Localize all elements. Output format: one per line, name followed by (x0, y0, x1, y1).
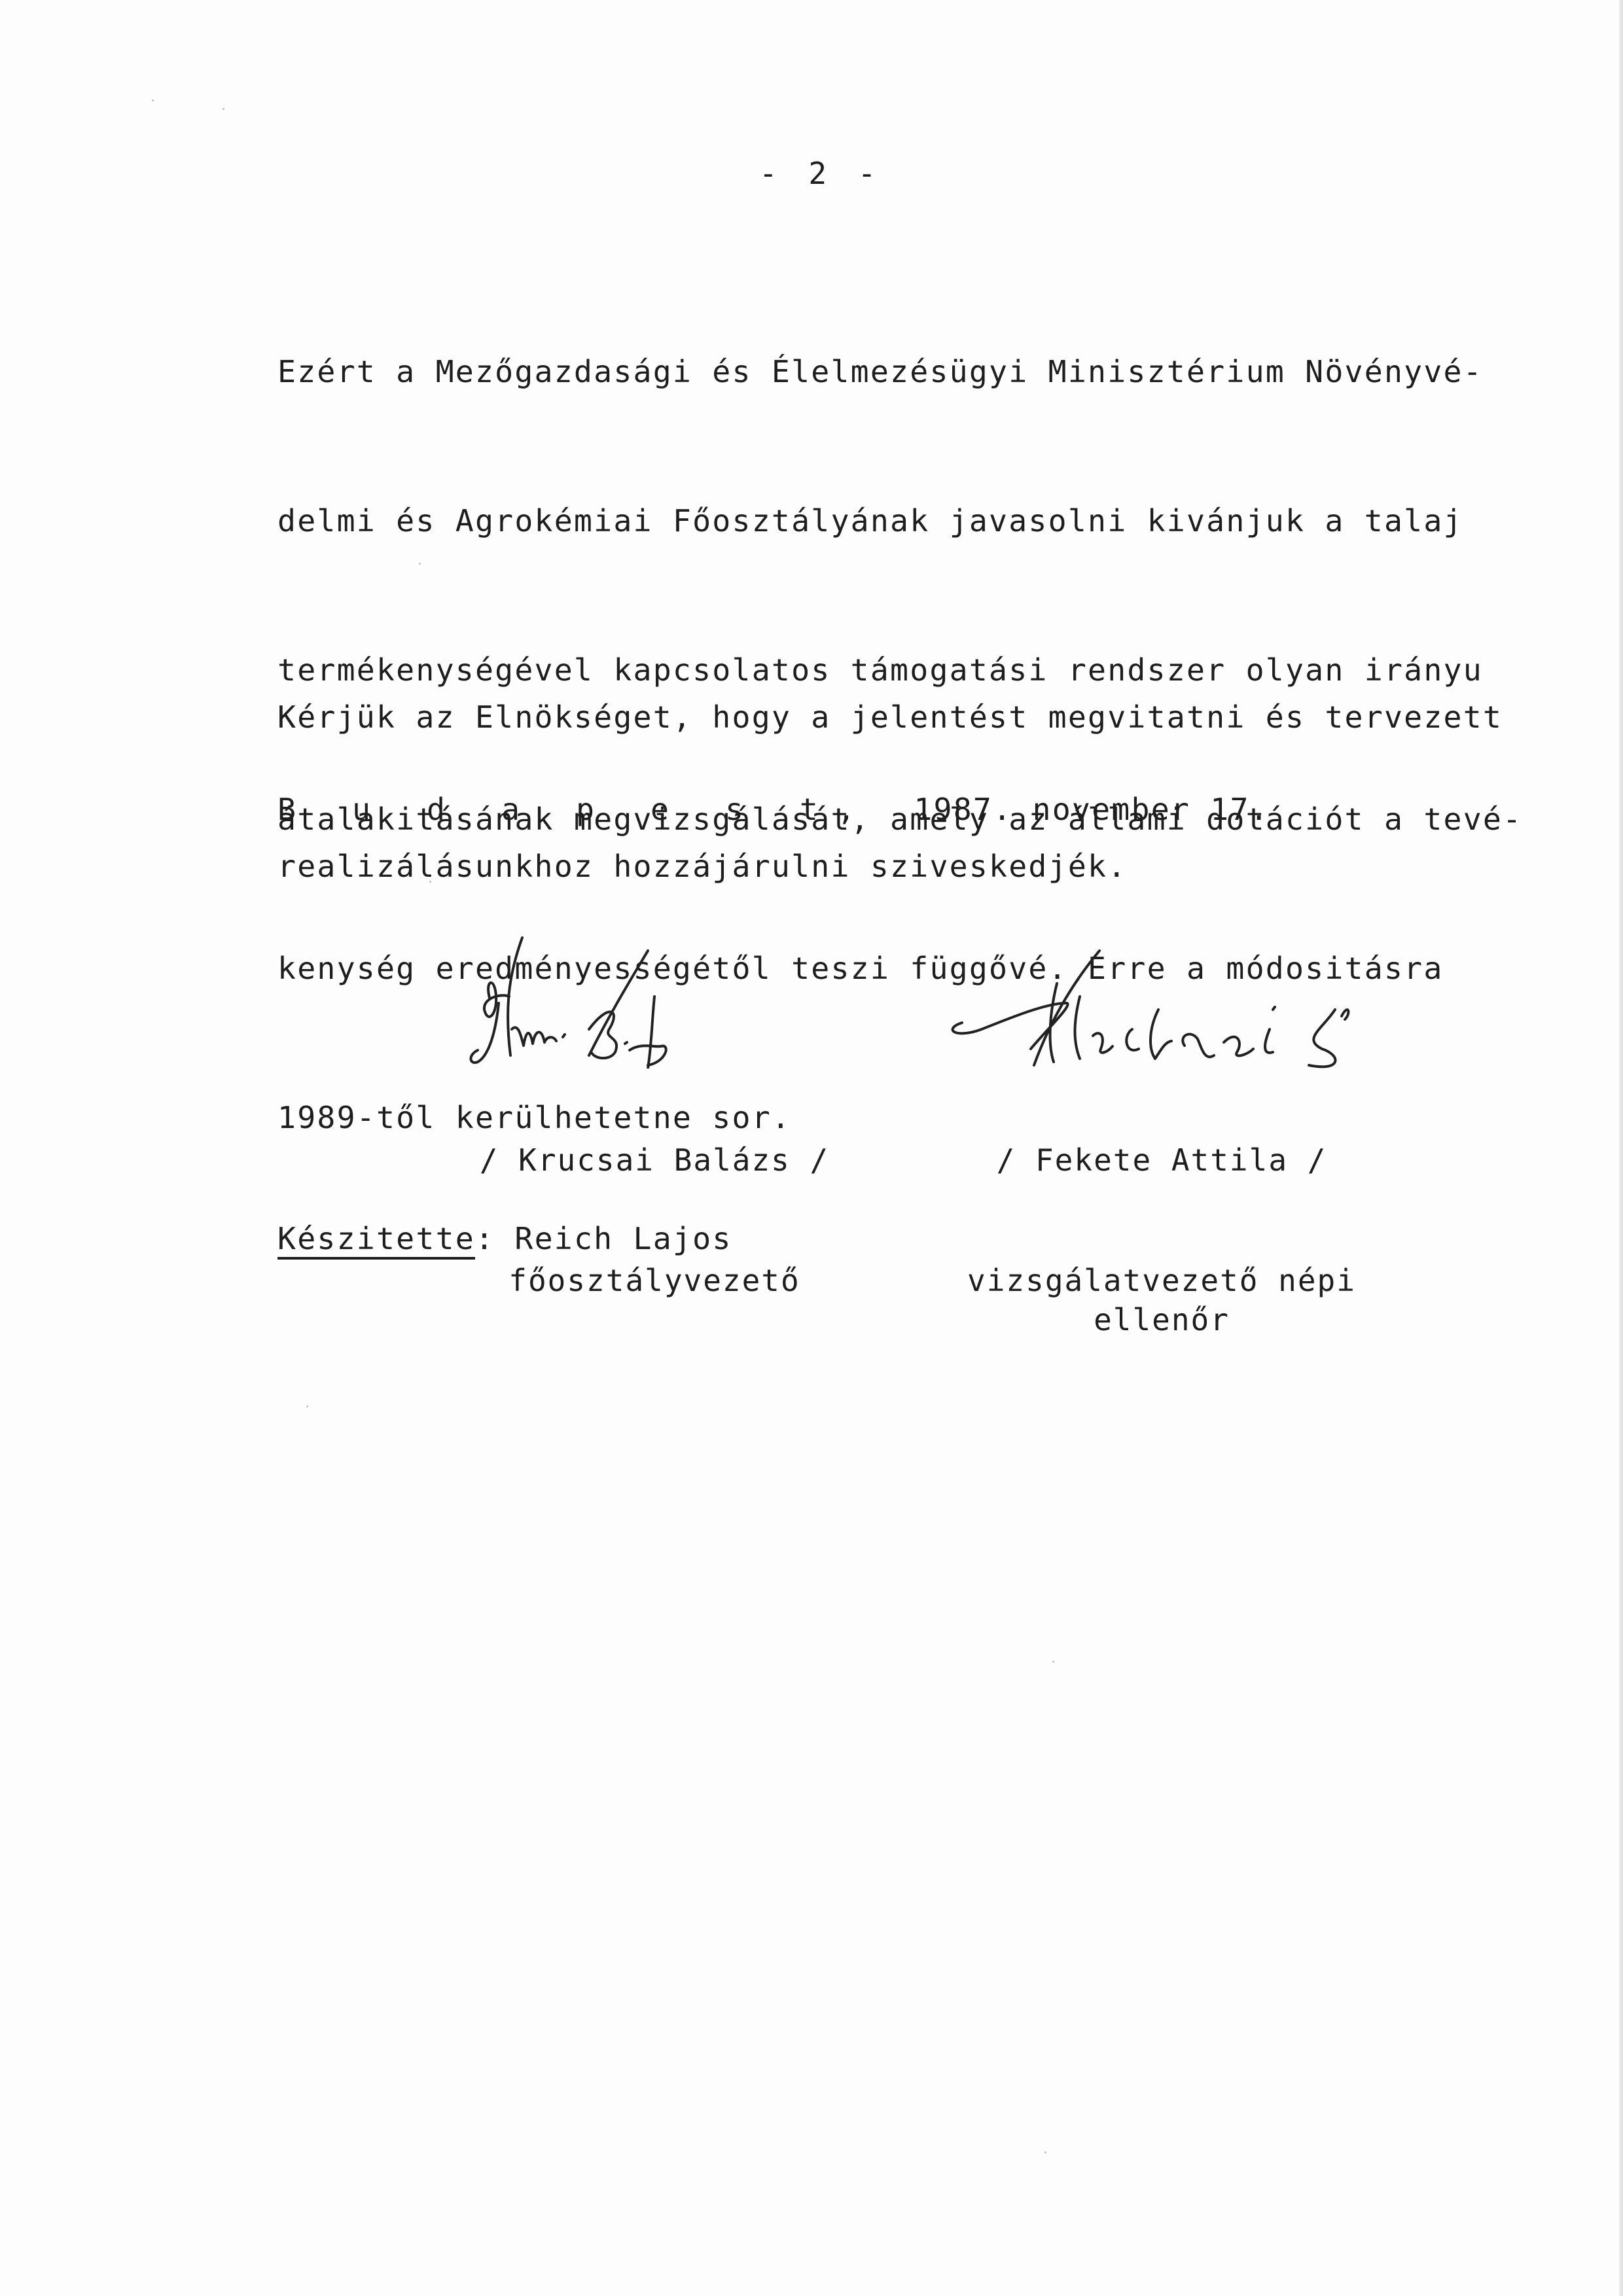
scan-speck (1052, 1661, 1054, 1663)
dateline: B u d a p e s t, 1987. november 17. (277, 792, 1270, 827)
text-line: Ezért a Mezőgazdasági és Élelmezésügyi M… (277, 347, 1522, 397)
page-edge-shadow (1619, 0, 1623, 2296)
signatory-title-line: ellenőr (1094, 1302, 1230, 1337)
scan-speck (1044, 2151, 1046, 2153)
signatory-name: / Fekete Attila / (916, 1139, 1407, 1181)
scan-speck (306, 1405, 308, 1407)
prepared-by-label: Készitette (277, 1221, 475, 1256)
document-page: - 2 - Ezért a Mezőgazdasági és Élelmezés… (0, 0, 1623, 2296)
signatory-title: főosztályvezető (458, 1261, 851, 1300)
page-number: - 2 - (759, 156, 882, 191)
prepared-by-name: Reich Lajos (495, 1221, 732, 1256)
scan-speck (223, 108, 224, 110)
signatory-right: / Fekete Attila / vizsgálatvezető népi e… (916, 860, 1407, 1410)
signatory-title: vizsgálatvezető népi ellenőr (916, 1261, 1407, 1339)
prepared-by-separator: : (475, 1221, 495, 1256)
text-line: Kérjük az Elnökséget, hogy a jelentést m… (277, 692, 1503, 742)
signature-icon (916, 931, 1407, 1069)
dateline-city: B u d a p e s t, (277, 792, 874, 827)
text-line: delmi és Agrokémiai Főosztályának javaso… (277, 496, 1522, 546)
signatory-left: / Krucsai Balázs / főosztályvezető (458, 860, 851, 1371)
signatory-title-line: vizsgálatvezető népi (967, 1263, 1356, 1298)
signatory-name: / Krucsai Balázs / (458, 1139, 851, 1181)
signature-icon (458, 931, 851, 1069)
prepared-by: Készitette: Reich Lajos (277, 1221, 732, 1256)
dateline-date: 1987. november 17. (914, 792, 1270, 827)
scan-speck (152, 99, 154, 101)
